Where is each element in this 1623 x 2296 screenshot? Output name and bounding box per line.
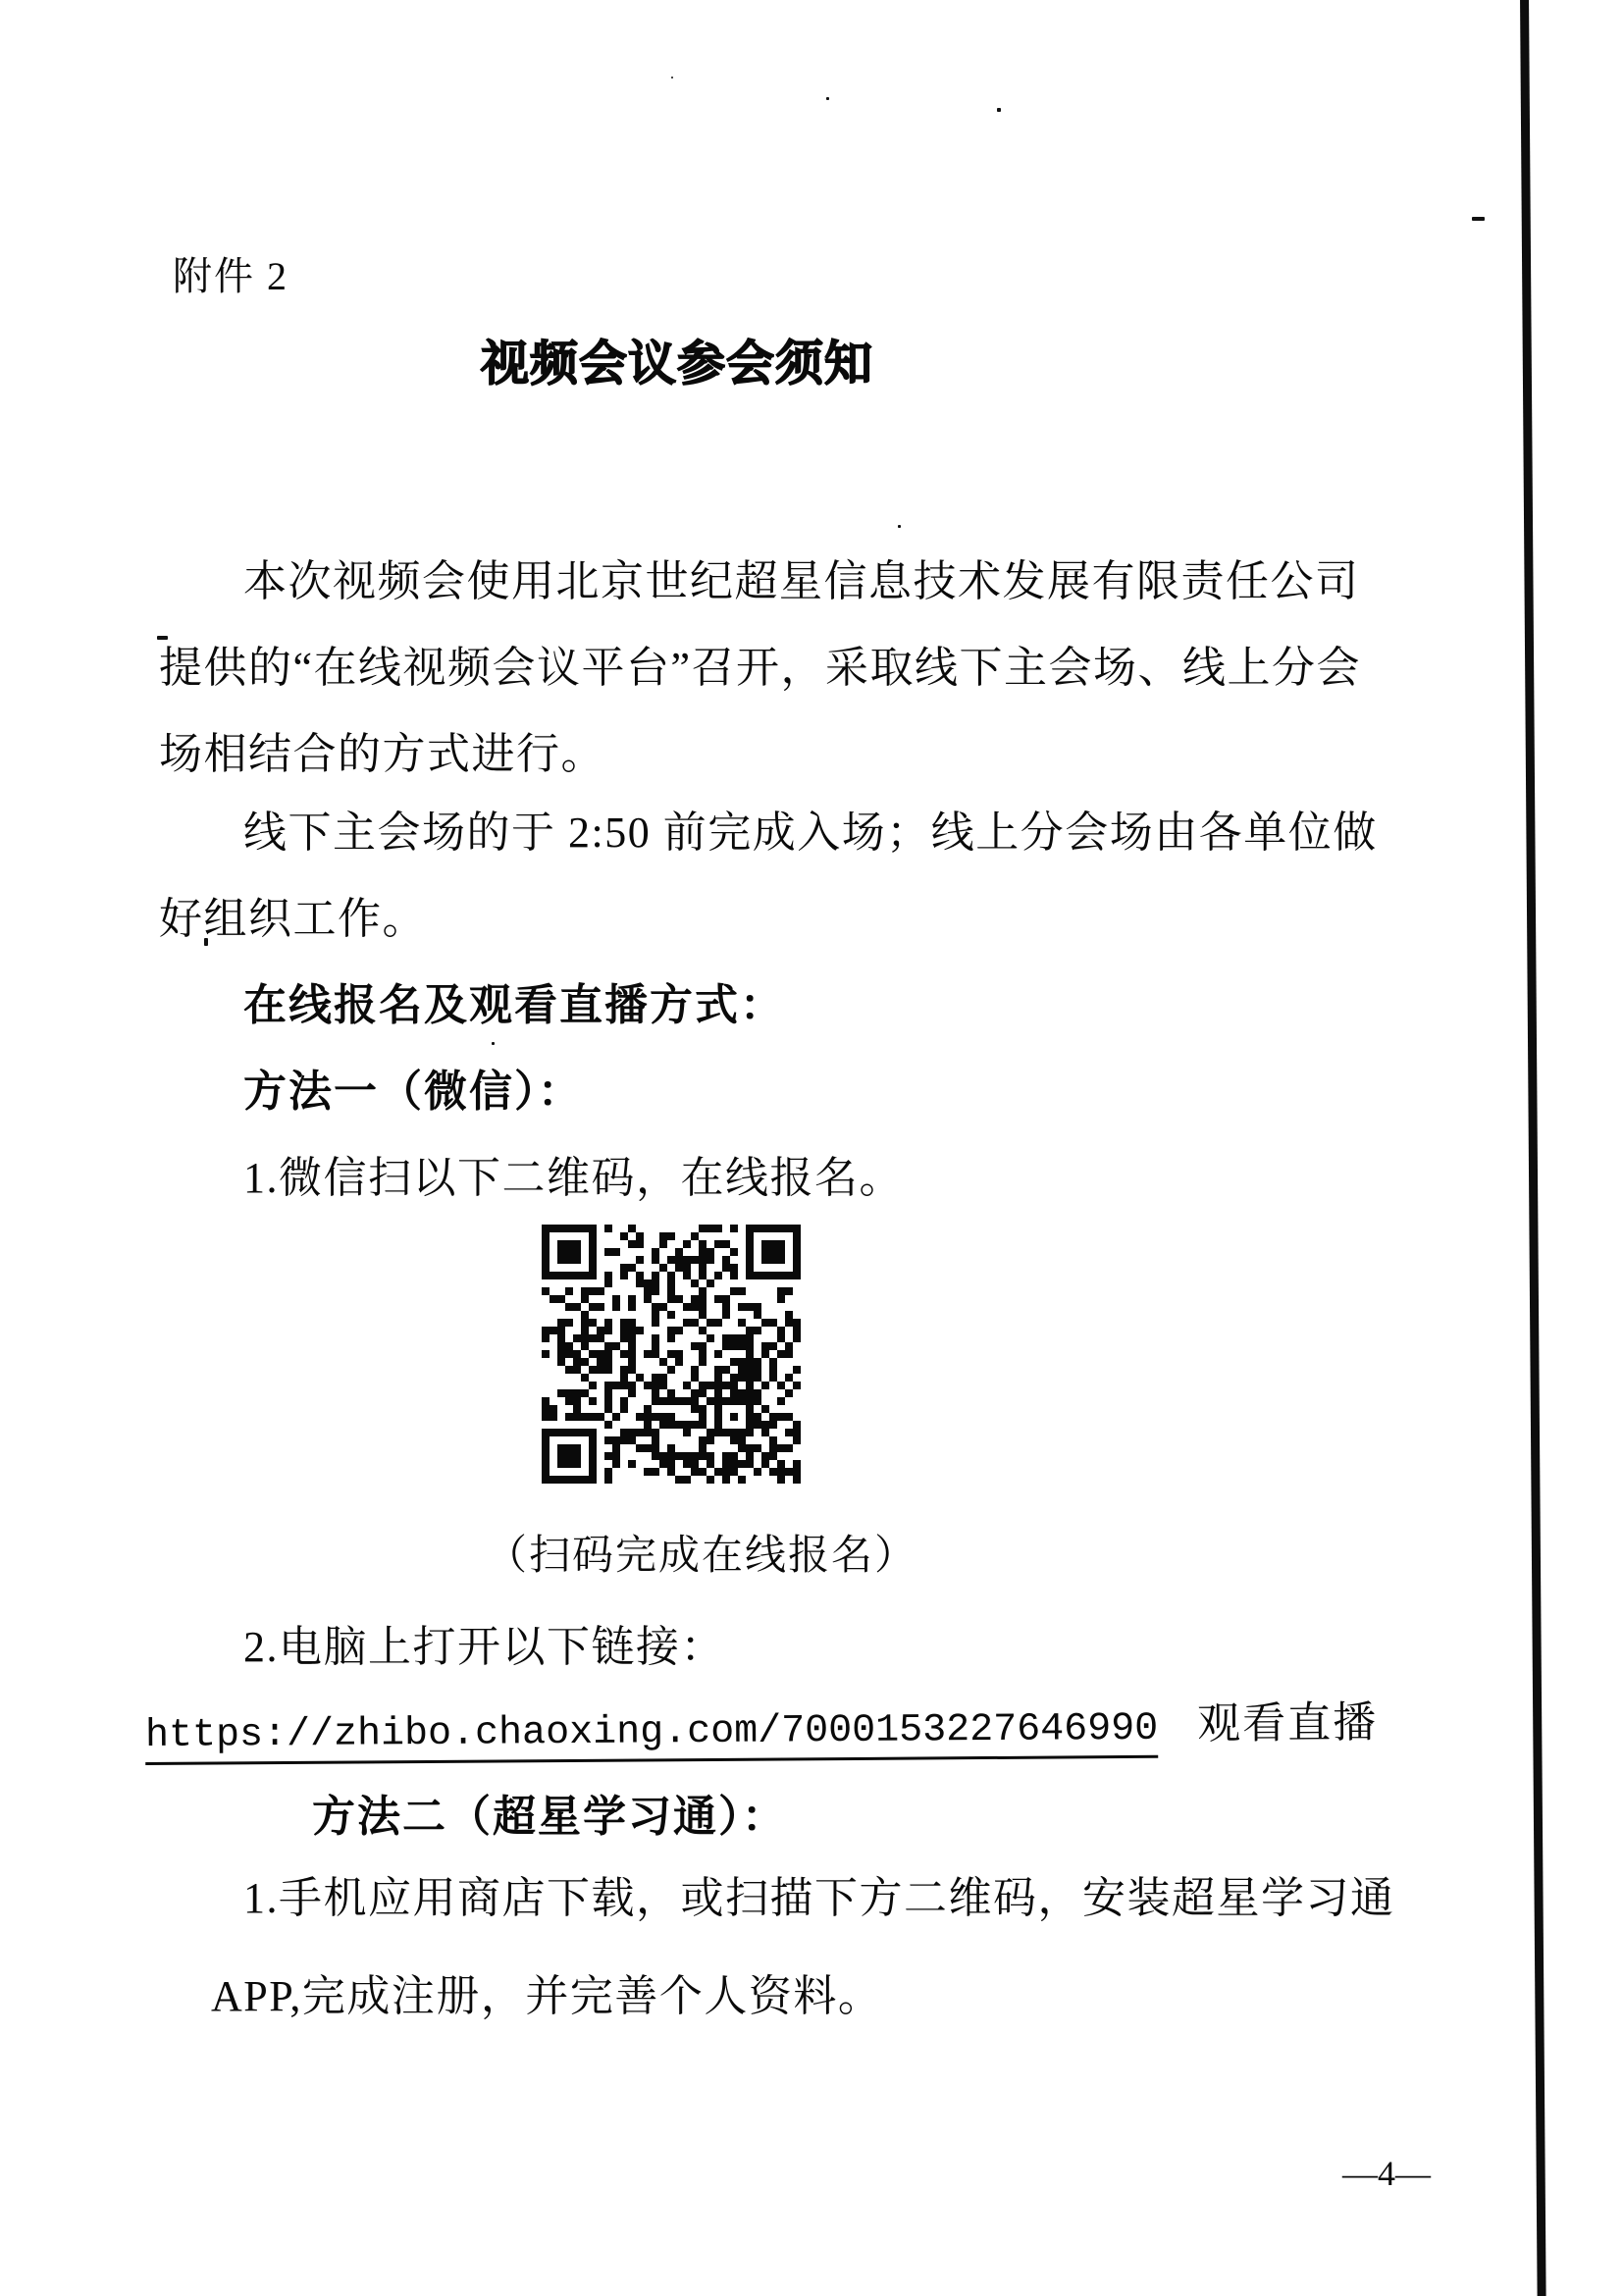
- paragraph2-line1: 线下主会场的于 2:50 前完成入场；线上分会场由各单位做: [159, 797, 1548, 860]
- scan-speck: [671, 77, 673, 78]
- page-title: 视频会议参会须知: [294, 326, 1060, 394]
- scan-speck: [492, 1042, 495, 1045]
- attachment-label: 附件 2: [173, 245, 288, 301]
- paragraph1-line1: 本次视频会使用北京世纪超星信息技术发展有限责任公司: [159, 546, 1548, 608]
- paragraph1-line2: 提供的“在线视频会议平台”召开，采取线下主会场、线上分会: [159, 632, 1464, 695]
- scanned-document-page: { "page": { "attachment_label": "附件 2", …: [0, 0, 1623, 2296]
- qr-code-icon: [542, 1225, 801, 1484]
- item-scan-qr: 1.微信扫以下二维码，在线报名。: [159, 1142, 1548, 1205]
- scan-speck: [157, 636, 168, 640]
- item-app-line2: APP,完成注册，并完善个人资料。: [211, 1960, 1516, 2023]
- heading-online-signup: 在线报名及观看直播方式：: [159, 969, 1548, 1032]
- heading-method-1: 方法一（微信）：: [159, 1056, 1548, 1119]
- scan-speck: [204, 938, 208, 946]
- live-stream-link-line: https://zhibo.chaoxing.com/7000153227646…: [145, 1687, 1379, 1758]
- scan-speck: [898, 525, 901, 528]
- scan-speck: [826, 97, 829, 100]
- paragraph1-line3: 场相结合的方式进行。: [159, 718, 1464, 781]
- scan-speck: [1472, 217, 1485, 221]
- scan-speck: [997, 108, 1001, 112]
- page-number: —4—: [1342, 2153, 1431, 2194]
- live-stream-link[interactable]: https://zhibo.chaoxing.com/7000153227646…: [145, 1707, 1159, 1765]
- link-suffix-label: 观看直播: [1197, 1698, 1378, 1748]
- item-open-link: 2.电脑上打开以下链接：: [159, 1611, 1548, 1674]
- item-app-line1: 1.手机应用商店下载，或扫描下方二维码，安装超星学习通: [159, 1862, 1548, 1925]
- heading-method-2: 方法二（超星学习通）：: [312, 1781, 1617, 1844]
- qr-caption: （扫码完成在线报名）: [486, 1523, 917, 1582]
- paragraph2-line2: 好组织工作。: [159, 883, 1464, 946]
